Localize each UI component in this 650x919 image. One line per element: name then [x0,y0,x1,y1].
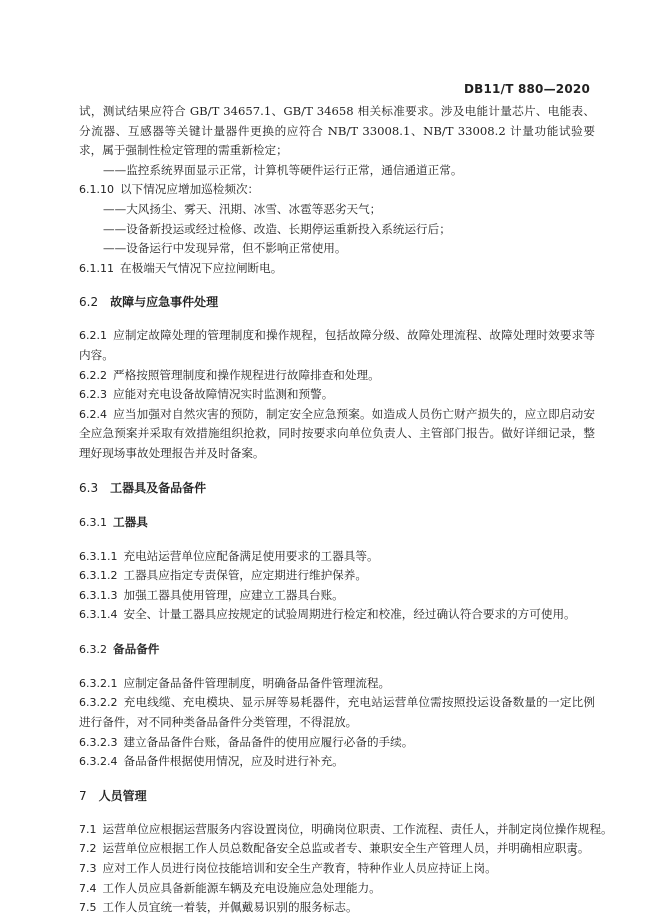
clause-text: 加强工器具使用管理，应建立工器具台账。 [123,588,343,602]
clause-text: 严格按照管理制度和操作规程进行故障排查和处理。 [113,368,380,382]
section-title: 人员管理 [99,789,147,803]
clause-text: 以下情况应增加巡检频次： [120,182,259,196]
clause-number: 6.3.2.2 [79,696,117,709]
clause-text: 充电站运营单位应配备满足使用要求的工器具等。 [123,549,378,563]
continuation-paragraph: 试，测试结果应符合 GB/T 34657.1、GB/T 34658 相关标准要求… [79,102,595,161]
clause-7-4: 7.4工作人员应具备新能源车辆及充电设施应急处理能力。 [79,879,595,899]
clause-number: 6.2.4 [79,408,107,421]
clause-6-3-2-3: 6.3.2.3建立备品备件台账，备品备件的使用应履行必备的手续。 [79,733,595,753]
clause-number: 6.1.11 [79,262,114,275]
clause-text: 工作人员应具备新能源车辆及充电设施应急处理能力。 [103,881,381,895]
clause-text: 工作人员宜统一着装，并佩戴易识别的服务标志。 [103,900,358,914]
clause-6-3-2-2: 6.3.2.2充电线缆、充电模块、显示屏等易耗器件，充电站运营单位需按照投运设备… [79,693,595,732]
clause-6-1-11: 6.1.11在极端天气情况下应拉闸断电。 [79,259,595,279]
subsection-heading-6-3-2: 6.3.2备品备件 [79,639,595,660]
clause-text: 备品备件根据使用情况，应及时进行补充。 [123,754,343,768]
clause-text: 应制定备品备件管理制度，明确备品备件管理流程。 [123,676,390,690]
clause-text: 运营单位应根据运营服务内容设置岗位，明确岗位职责、工作流程、责任人，并制定岗位操… [103,822,613,836]
clause-6-2-4: 6.2.4应当加强对自然灾害的预防，制定安全应急预案。如造成人员伤亡财产损失的，… [79,405,595,464]
section-heading-6-3: 6.3工器具及备品备件 [79,478,595,498]
clause-number: 6.3.1.3 [79,589,117,602]
clause-7-5: 7.5工作人员宜统一着装，并佩戴易识别的服务标志。 [79,898,595,918]
subsection-number: 6.3.2 [79,643,107,656]
clause-number: 6.3.1.2 [79,569,117,582]
list-item: ——设备新投运或经过检修、改造、长期停运重新投入系统运行后； [79,220,595,240]
clause-6-2-2: 6.2.2严格按照管理制度和操作规程进行故障排查和处理。 [79,366,595,386]
page-body: 试，测试结果应符合 GB/T 34657.1、GB/T 34658 相关标准要求… [79,102,595,918]
clause-text: 应当加强对自然灾害的预防，制定安全应急预案。如造成人员伤亡财产损失的，应立即启动… [79,407,595,460]
section-heading-6-2: 6.2故障与应急事件处理 [79,292,595,312]
list-item: ——监控系统界面显示正常，计算机等硬件运行正常，通信通道正常。 [79,161,595,181]
document-code: DB11/T 880—2020 [464,82,590,96]
page-number: 5 [570,846,577,859]
clause-7-1: 7.1运营单位应根据运营服务内容设置岗位，明确岗位职责、工作流程、责任人，并制定… [79,820,595,840]
subsection-title: 工器具 [113,515,148,529]
clause-text: 运营单位应根据工作人员总数配备安全总监或者专、兼职安全生产管理人员，并明确相应职… [103,841,590,855]
clause-text: 应制定故障处理的管理制度和操作规程，包括故障分级、故障处理流程、故障处理时效要求… [79,328,595,362]
clause-number: 7.5 [79,901,97,914]
clause-7-3: 7.3应对工作人员进行岗位技能培训和安全生产教育，特种作业人员应持证上岗。 [79,859,595,879]
subsection-heading-6-3-1: 6.3.1工器具 [79,512,595,533]
clause-6-3-1-2: 6.3.1.2工器具应指定专责保管，应定期进行维护保养。 [79,566,595,586]
clause-number: 6.2.3 [79,388,107,401]
clause-6-3-2-1: 6.3.2.1应制定备品备件管理制度，明确备品备件管理流程。 [79,674,595,694]
clause-6-1-10: 6.1.10以下情况应增加巡检频次： [79,180,595,200]
section-title: 故障与应急事件处理 [110,295,218,309]
clause-number: 6.1.10 [79,183,114,196]
clause-6-2-1: 6.2.1应制定故障处理的管理制度和操作规程，包括故障分级、故障处理流程、故障处… [79,326,595,365]
section-heading-7: 7人员管理 [79,786,595,806]
clause-number: 6.2.1 [79,329,107,342]
clause-number: 6.3.2.4 [79,755,117,768]
clause-number: 6.3.2.3 [79,736,117,749]
section-number: 6.3 [79,481,98,495]
clause-number: 6.3.2.1 [79,677,117,690]
clause-text: 工器具应指定专责保管，应定期进行维护保养。 [123,568,366,582]
clause-text: 安全、计量工器具应按规定的试验周期进行检定和校准，经过确认符合要求的方可使用。 [123,607,575,621]
clause-6-3-2-4: 6.3.2.4备品备件根据使用情况，应及时进行补充。 [79,752,595,772]
clause-text: 应能对充电设备故障情况实时监测和预警。 [113,387,333,401]
clause-text: 应对工作人员进行岗位技能培训和安全生产教育，特种作业人员应持证上岗。 [103,861,497,875]
clause-7-2: 7.2运营单位应根据工作人员总数配备安全总监或者专、兼职安全生产管理人员，并明确… [79,839,595,859]
clause-6-3-1-4: 6.3.1.4安全、计量工器具应按规定的试验周期进行检定和校准，经过确认符合要求… [79,605,595,625]
clause-number: 7.3 [79,862,97,875]
clause-number: 7.1 [79,823,97,836]
clause-6-2-3: 6.2.3应能对充电设备故障情况实时监测和预警。 [79,385,595,405]
clause-number: 7.4 [79,882,97,895]
section-number: 6.2 [79,295,98,309]
clause-text: 在极端天气情况下应拉闸断电。 [120,261,282,275]
list-item: ——设备运行中发现异常，但不影响正常使用。 [79,239,595,259]
clause-6-3-1-3: 6.3.1.3加强工器具使用管理，应建立工器具台账。 [79,586,595,606]
section-title: 工器具及备品备件 [110,481,206,495]
subsection-number: 6.3.1 [79,516,107,529]
list-item: ——大风扬尘、雾天、汛期、冰雪、冰雹等恶劣天气； [79,200,595,220]
clause-number: 6.3.1.1 [79,550,117,563]
section-number: 7 [79,789,87,803]
clause-number: 6.2.2 [79,369,107,382]
clause-text: 建立备品备件台账，备品备件的使用应履行必备的手续。 [123,735,413,749]
clause-text: 充电线缆、充电模块、显示屏等易耗器件，充电站运营单位需按照投运设备数量的一定比例… [79,695,595,729]
clause-6-3-1-1: 6.3.1.1充电站运营单位应配备满足使用要求的工器具等。 [79,547,595,567]
clause-number: 6.3.1.4 [79,608,117,621]
subsection-title: 备品备件 [113,642,159,656]
clause-number: 7.2 [79,842,97,855]
